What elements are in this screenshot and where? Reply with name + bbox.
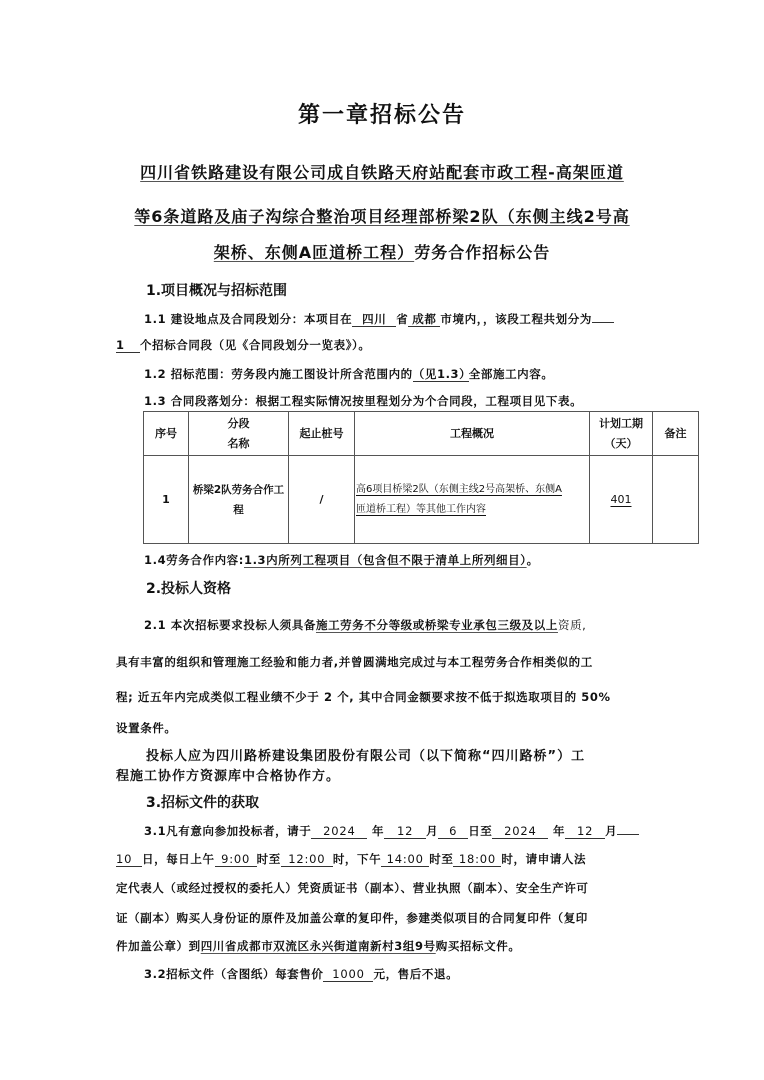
text: 1.2 招标范围：劳务段内施工图设计所含范围内的 bbox=[144, 367, 413, 381]
text: 件加盖公章）到 bbox=[116, 939, 201, 953]
start-month-field: 12 bbox=[384, 824, 426, 839]
th-no: 序号 bbox=[144, 412, 189, 456]
cell-segment-name: 桥梁2队劳务合作工程 bbox=[189, 456, 289, 544]
section3-heading: 3.招标文件的获取 bbox=[146, 792, 259, 812]
text: 名称 bbox=[189, 434, 288, 454]
text: 3.2招标文件（含图纸）每套售价 bbox=[144, 967, 323, 981]
segment-count-field: 1 bbox=[116, 338, 140, 353]
start-day-field: 6 bbox=[438, 824, 468, 839]
am-start-field: 9:00 bbox=[215, 852, 257, 867]
para-2-1-line3: 程; 近五年内完成类似工程业绩不少于 2 个, 其中合同金额要求按不低于拟选取项… bbox=[116, 689, 611, 705]
scope-field: （见1.3） bbox=[413, 367, 469, 382]
section1-heading: 1.项目概况与招标范围 bbox=[146, 280, 287, 300]
notice-title-line3: 架桥、东侧A匝道桥工程）劳务合作招标公告 bbox=[0, 240, 764, 263]
text: 时至 bbox=[257, 852, 281, 866]
pm-start-field: 14:00 bbox=[381, 852, 429, 867]
qualification-field: 施工劳务不分等级或桥梁专业承包三级及以上 bbox=[316, 618, 558, 632]
blank bbox=[592, 322, 614, 323]
text: 年 bbox=[553, 824, 565, 838]
chapter-title: 第一章招标公告 bbox=[0, 98, 764, 129]
notice-title-line3-rest: 劳务合作招标公告 bbox=[414, 243, 550, 262]
text: （天） bbox=[590, 434, 652, 454]
table-row: 1 桥梁2队劳务合作工程 / 高6项目桥梁2队（东侧主线2号高架桥、东侧A匝道桥… bbox=[144, 456, 699, 544]
address-field: 四川省成都市双流区永兴街道南新村3组9号 bbox=[201, 939, 436, 953]
para-3-1-line4: 证（副本）购买人身份证的原件及加盖公章的复印件，参建类似项目的合同复印件（复印 bbox=[116, 910, 588, 926]
para-2-2-line2: 程施工协作方资源库中合格协作方。 bbox=[116, 765, 340, 784]
notice-title-line3-underlined: 架桥、东侧A匝道桥工程） bbox=[214, 243, 414, 262]
end-month-field: 12 bbox=[565, 824, 605, 839]
text: 年 bbox=[372, 824, 384, 838]
text: 高6项目桥梁2队（东侧主线2号高架桥、东侧A bbox=[355, 480, 589, 500]
para-3-2: 3.2招标文件（含图纸）每套售价1000元，售后不退。 bbox=[144, 966, 458, 982]
text: 程 bbox=[189, 500, 288, 520]
pm-end-field: 18:00 bbox=[453, 852, 501, 867]
text: 1.1 建设地点及合同段划分：本项目在 bbox=[144, 312, 352, 326]
para-1-2: 1.2 招标范围：劳务段内施工图设计所含范围内的（见1.3）全部施工内容。 bbox=[144, 366, 553, 382]
cell-no: 1 bbox=[144, 456, 189, 544]
text: 时，请申请人法 bbox=[501, 852, 586, 866]
th-remark: 备注 bbox=[653, 412, 699, 456]
para-3-1-line1: 3.1凡有意向参加投标者，请于2024 年12月6日至2024 年12月 bbox=[144, 823, 639, 839]
text: 市境内，，该段工程共划分为 bbox=[440, 312, 592, 326]
text: 时，下午 bbox=[333, 852, 381, 866]
text: 月 bbox=[605, 824, 617, 838]
price-field: 1000 bbox=[323, 967, 373, 982]
text: 2.1 本次招标要求投标人须具备 bbox=[144, 618, 316, 632]
cell-overview: 高6项目桥梁2队（东侧主线2号高架桥、东侧A匝道桥工程）等其他工作内容 bbox=[355, 456, 590, 544]
table-header-row: 序号 分段名称 起止桩号 工程概况 计划工期（天） 备注 bbox=[144, 412, 699, 456]
text: 桥梁2队劳务合作工 bbox=[189, 480, 288, 500]
work-content: 1.3内所列工程项目（包含但不限于清单上所列细目） bbox=[244, 553, 527, 567]
text: 元，售后不退。 bbox=[373, 967, 458, 981]
text: 401 bbox=[611, 493, 632, 506]
text: 分段 bbox=[189, 414, 288, 434]
text: 资质, bbox=[558, 618, 586, 632]
text: 全部施工内容。 bbox=[469, 367, 554, 381]
para-1-1-line2: 1个招标合同段（见《合同段划分一览表》）。 bbox=[116, 337, 371, 353]
para-2-1-line1: 2.1 本次招标要求投标人须具备施工劳务不分等级或桥梁专业承包三级及以上资质, bbox=[144, 617, 586, 633]
contract-segment-table: 序号 分段名称 起止桩号 工程概况 计划工期（天） 备注 1 桥梁2队劳务合作工… bbox=[143, 411, 699, 544]
para-2-1-line2: 具有丰富的组织和管理施工经验和能力者,并曾圆满地完成过与本工程劳务合作相类似的工 bbox=[116, 654, 593, 670]
text: 日至 bbox=[468, 824, 492, 838]
cell-period: 401 bbox=[590, 456, 653, 544]
end-year-field: 2024 bbox=[492, 824, 548, 839]
text: 个招标合同段（见《合同段划分一览表》）。 bbox=[140, 338, 371, 352]
start-year-field: 2024 bbox=[311, 824, 367, 839]
cell-remark bbox=[653, 456, 699, 544]
para-1-1-line1: 1.1 建设地点及合同段划分：本项目在四川省成都市境内，，该段工程共划分为 bbox=[144, 311, 614, 327]
para-1-4: 1.4劳务合作内容:1.3内所列工程项目（包含但不限于清单上所列细目）。 bbox=[144, 552, 539, 568]
text: 月 bbox=[426, 824, 438, 838]
para-1-3: 1.3 合同段落划分：根据工程实际情况按里程划分为个合同段，工程项目见下表。 bbox=[144, 393, 582, 409]
para-3-1-line3: 定代表人（或经过授权的委托人）凭资质证书（副本）、营业执照（副本）、安全生产许可 bbox=[116, 880, 589, 896]
text: 计划工期 bbox=[590, 414, 652, 434]
notice-title-line1: 四川省铁路建设有限公司成自铁路天府站配套市政工程-高架匝道 bbox=[0, 160, 764, 183]
text: 购买招标文件。 bbox=[436, 939, 521, 953]
para-3-1-line2: 10日，每日上午9:00时至12:00时，下午14:00时至18:00时，请申请… bbox=[116, 851, 586, 867]
para-3-1-line5: 件加盖公章）到四川省成都市双流区永兴街道南新村3组9号购买招标文件。 bbox=[116, 938, 520, 954]
text: 匝道桥工程）等其他工作内容 bbox=[355, 500, 589, 520]
text: 1.4劳务合作内容: bbox=[144, 553, 244, 567]
text: 时至 bbox=[429, 852, 453, 866]
th-stake: 起止桩号 bbox=[289, 412, 355, 456]
cell-stake: / bbox=[289, 456, 355, 544]
para-2-2-line1: 投标人应为四川路桥建设集团股份有限公司（以下简称“四川路桥”）工 bbox=[146, 745, 585, 764]
text: 省 bbox=[396, 312, 408, 326]
text: 日，每日上午 bbox=[142, 852, 215, 866]
th-segment-name: 分段名称 bbox=[189, 412, 289, 456]
city-field: 成都 bbox=[408, 312, 440, 327]
blank bbox=[617, 834, 639, 835]
am-end-field: 12:00 bbox=[281, 852, 333, 867]
section2-heading: 2.投标人资格 bbox=[146, 578, 231, 598]
th-overview: 工程概况 bbox=[355, 412, 590, 456]
text: 3.1凡有意向参加投标者，请于 bbox=[144, 824, 311, 838]
text: 。 bbox=[527, 553, 539, 567]
th-period: 计划工期（天） bbox=[590, 412, 653, 456]
para-2-1-line4: 设置条件。 bbox=[116, 720, 177, 736]
notice-title-line2: 等6条道路及庙子沟综合整治项目经理部桥梁2队（东侧主线2号高 bbox=[0, 204, 764, 227]
end-day-field: 10 bbox=[116, 852, 142, 867]
province-field: 四川 bbox=[352, 312, 396, 327]
